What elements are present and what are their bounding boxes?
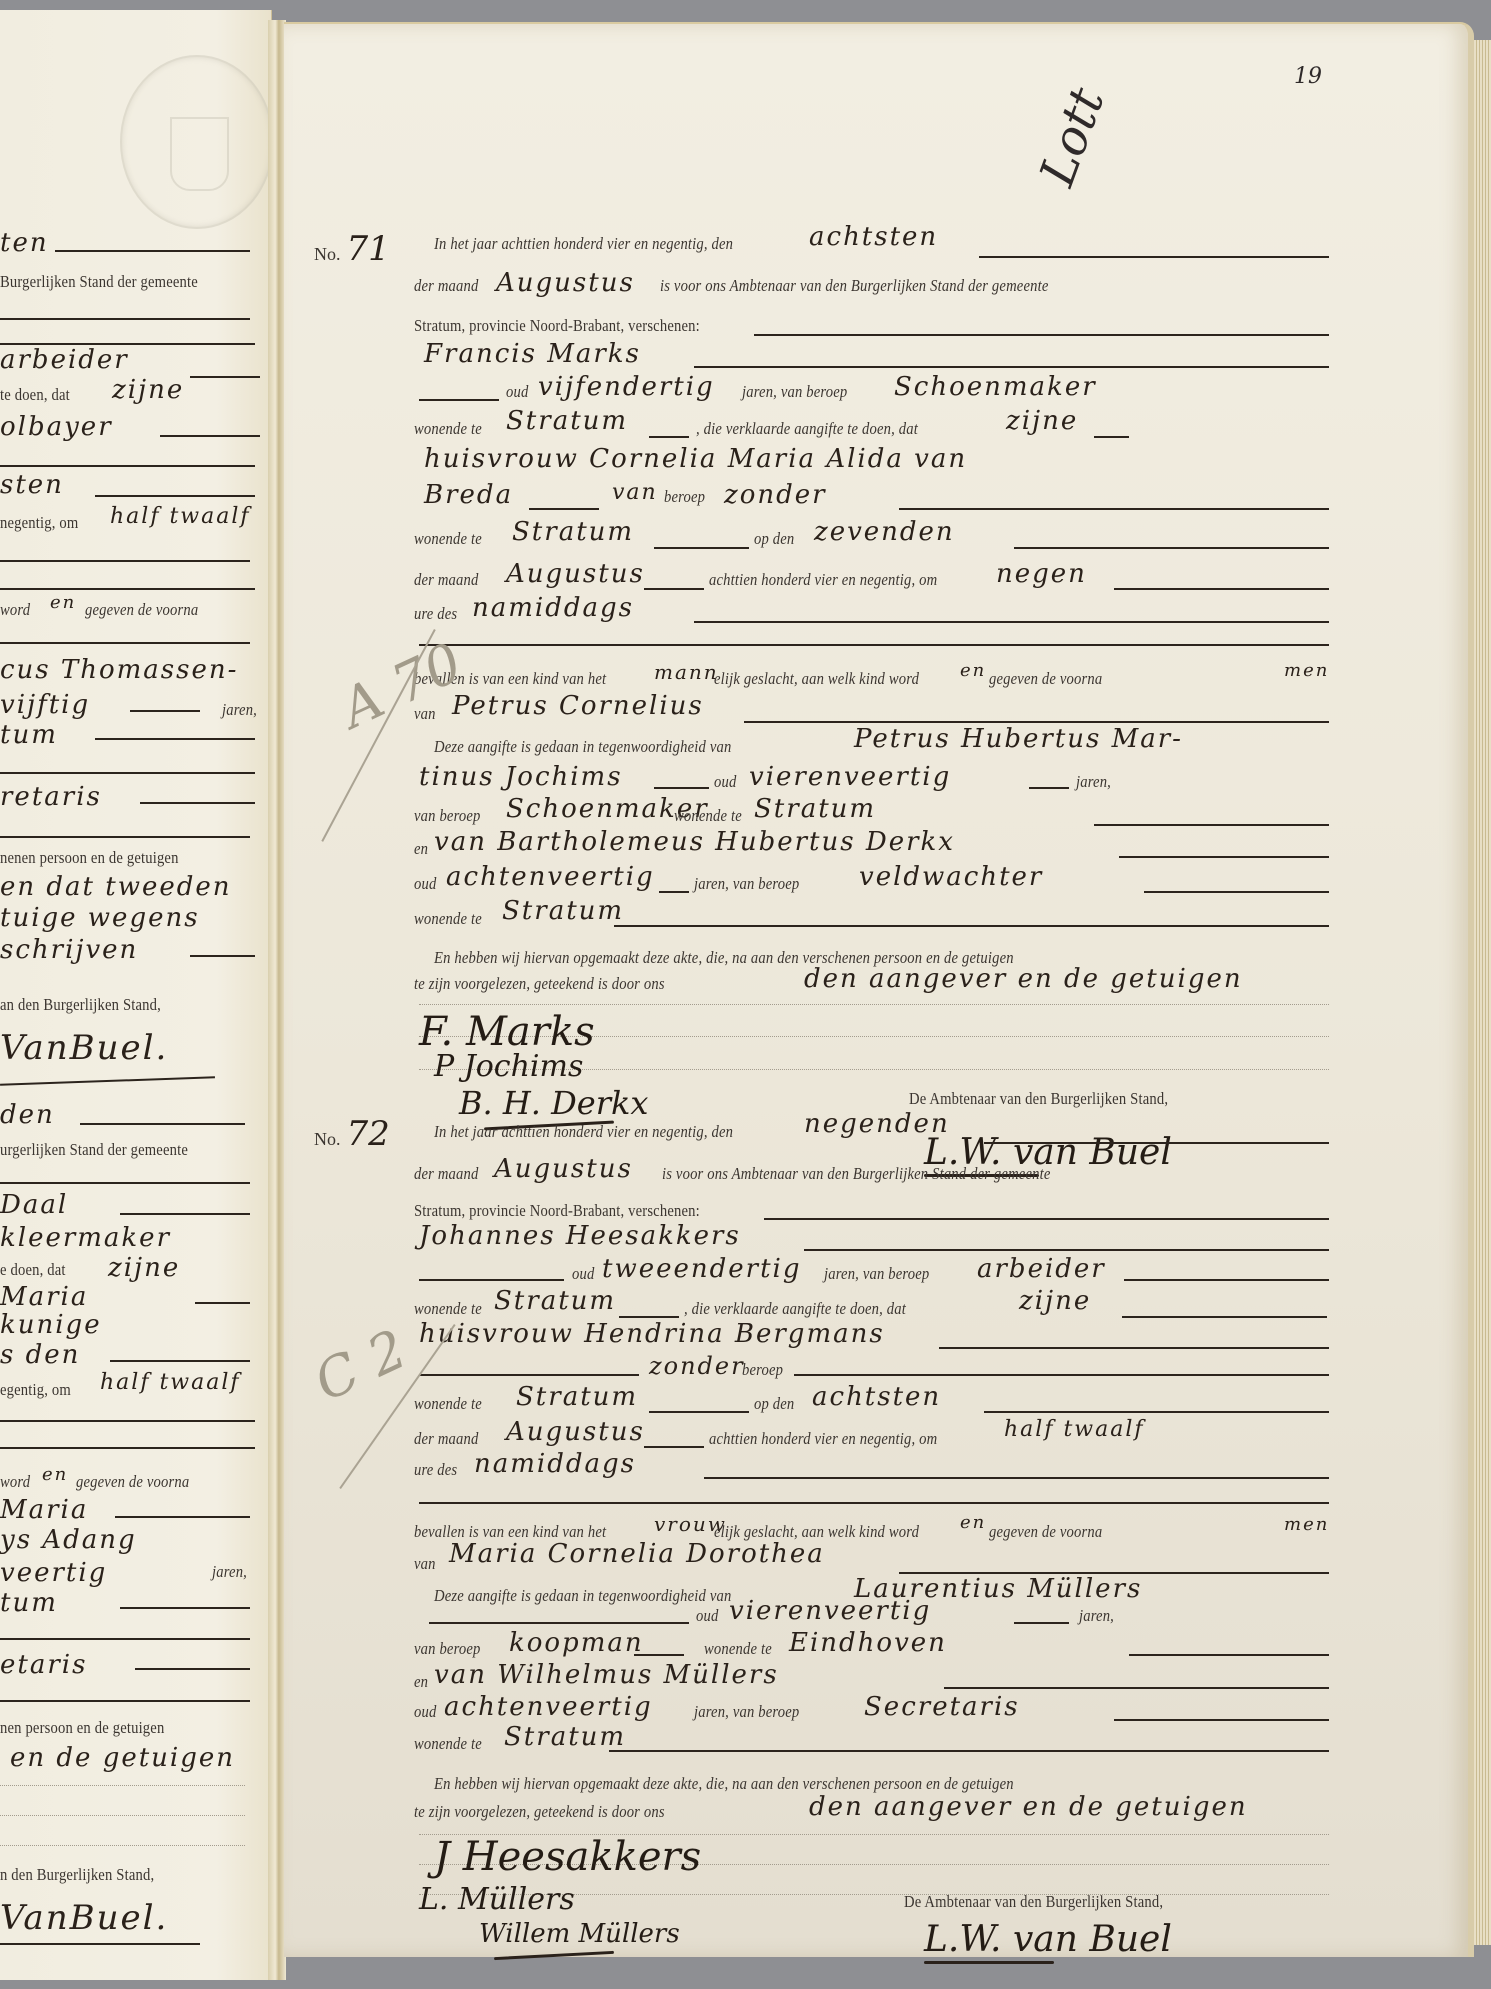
printed-text: In het jaar achttien honderd vier en neg… [434, 1122, 733, 1142]
witness1-residence: Eindhoven [789, 1628, 947, 1658]
printed-text: en [414, 839, 428, 859]
left-fragment: jaren, [212, 1562, 247, 1582]
signature-witness2: Willem Müllers [479, 1919, 680, 1949]
mother-occupation: zonder [724, 480, 827, 510]
page-number: 19 [1294, 64, 1322, 89]
printed-text: van beroep [414, 806, 481, 826]
witness1-name: Petrus Hubertus Mar- [854, 724, 1183, 754]
printed-text: , die verklaarde aangifte te doen, dat [684, 1299, 906, 1319]
left-fragment: Burgerlijken Stand der gemeente [0, 272, 198, 292]
witness2-age: achtenveertig [444, 1692, 653, 1722]
embossed-seal-icon [120, 55, 274, 229]
left-fragment: Maria [0, 1495, 88, 1525]
left-fragment: gegeven de voorna [85, 600, 198, 620]
month: Augustus [494, 1154, 633, 1184]
printed-text: Deze aangifte is gedaan in tegenwoordigh… [434, 737, 731, 757]
relation: zijne [1006, 406, 1078, 436]
printed-text: wonende te [414, 1734, 482, 1754]
left-fragment: zijne [108, 1253, 180, 1283]
signature-witness1: P Jochims [434, 1049, 583, 1084]
printed-text: oud [714, 772, 736, 792]
left-fragment: word [0, 600, 30, 620]
mother-name: huisvrouw Cornelia Maria Alida van [424, 444, 967, 474]
left-fragment: zijne [112, 375, 184, 405]
declarant-residence: Stratum [494, 1286, 616, 1316]
left-fragment: den [0, 1100, 55, 1130]
official-title: De Ambtenaar van den Burgerlijken Stand, [904, 1892, 1163, 1912]
printed-text: van [414, 1554, 436, 1574]
printed-text: jaren, van beroep [694, 874, 799, 894]
child-names: Petrus Cornelius [452, 691, 704, 721]
printed-text: der maand [414, 570, 479, 590]
left-fragment: en dat tweeden [0, 872, 232, 902]
voornamen-suffix: men [1284, 660, 1329, 681]
printed-text: der maand [414, 276, 479, 296]
printed-text: wonende te [704, 1639, 772, 1659]
left-fragment: en [50, 592, 76, 613]
mother-name-cont: Breda [424, 480, 513, 510]
mother-occupation-prefix: van [612, 480, 658, 505]
printed-text: Stratum, provincie Noord-Brabant, versch… [414, 1201, 700, 1221]
witness1-age: vierenveertig [749, 762, 951, 792]
witness2-age: achtenveertig [446, 862, 655, 892]
printed-text: der maand [414, 1164, 479, 1184]
left-page-fragment: ten Burgerlijken Stand der gemeente arbe… [0, 10, 272, 1980]
left-fragment: etaris [0, 1650, 87, 1680]
left-fragment: ys Adang [0, 1525, 137, 1555]
declarant-occupation: arbeider [977, 1254, 1106, 1284]
printed-text: wonende te [414, 419, 482, 439]
printed-text: is voor ons Ambtenaar van den Burgerlijk… [660, 276, 1049, 296]
time-of-day: namiddags [474, 1449, 636, 1479]
word-suffix: en [960, 660, 986, 681]
printed-text: gegeven de voorna [989, 669, 1102, 689]
printed-text: beroep [664, 487, 705, 507]
left-fragment: tum [0, 720, 58, 750]
mother-name: huisvrouw Hendrina Bergmans [419, 1319, 885, 1349]
birth-hour: half twaalf [1004, 1417, 1145, 1442]
declarant-residence: Stratum [506, 406, 628, 436]
printed-text: jaren, van beroep [694, 1702, 799, 1722]
left-fragment: negentig, om [0, 513, 78, 533]
printed-text: In het jaar achttien honderd vier en neg… [434, 234, 733, 254]
printed-text: wonende te [414, 1394, 482, 1414]
mother-residence: Stratum [512, 517, 634, 547]
left-fragment: kunige [0, 1310, 102, 1340]
official-title: De Ambtenaar van den Burgerlijken Stand, [909, 1089, 1168, 1109]
witness2-residence: Stratum [504, 1722, 626, 1752]
day-written: achtsten [809, 222, 938, 252]
left-fragment: Maria [0, 1282, 88, 1312]
birth-day: achtsten [812, 1382, 941, 1412]
signature-official: L.W. van Buel [924, 1919, 1172, 1960]
printed-text: wonende te [674, 806, 742, 826]
signed-by: den aangever en de getuigen [804, 964, 1243, 994]
printed-text: Deze aangifte is gedaan in tegenwoordigh… [434, 1586, 731, 1606]
witness2-residence: Stratum [502, 896, 624, 926]
left-fragment: schrijven [0, 935, 138, 965]
left-fragment: s den [0, 1340, 80, 1370]
printed-text: wonende te [414, 529, 482, 549]
printed-text: te zijn voorgelezen, geteekend is door o… [414, 1802, 665, 1822]
printed-text: oud [696, 1606, 718, 1626]
printed-text: en [414, 1672, 428, 1692]
left-fragment: tum [0, 1588, 58, 1618]
printed-text: jaren, [1079, 1606, 1114, 1626]
printed-text: , die verklaarde aangifte te doen, dat [696, 419, 918, 439]
printed-text: jaren, van beroep [742, 382, 847, 402]
left-fragment: urgerlijken Stand der gemeente [0, 1140, 188, 1160]
corner-annotation: Lott [1029, 81, 1116, 194]
entry-number: No.72 [314, 1114, 390, 1154]
printed-text: wonende te [414, 1299, 482, 1319]
printed-text: op den [754, 1394, 794, 1414]
witness1-age: vierenveertig [729, 1596, 931, 1626]
left-fragment: egentig, om [0, 1380, 71, 1400]
printed-text: oud [506, 382, 528, 402]
printed-text: beroep [742, 1360, 783, 1380]
signature-witness1: L. Müllers [419, 1882, 575, 1917]
birth-hour: negen [996, 559, 1087, 589]
printed-text: En hebben wij hiervan opgemaakt deze akt… [434, 1774, 1014, 1794]
signature-witness2: B. H. Derkx [459, 1084, 648, 1122]
left-fragment: te doen, dat [0, 385, 70, 405]
day-written: negenden [804, 1109, 950, 1139]
relation: zijne [1019, 1286, 1091, 1316]
left-fragment: half twaalf [110, 504, 251, 529]
time-of-day: namiddags [472, 593, 634, 623]
voornamen-suffix: men [1284, 1514, 1329, 1535]
left-fragment: sten [0, 470, 64, 500]
printed-text: oud [414, 1702, 436, 1722]
printed-text: op den [754, 529, 794, 549]
declarant-name: Johannes Heesakkers [419, 1221, 741, 1251]
left-fragment: an den Burgerlijken Stand, [0, 995, 161, 1015]
printed-text: achttien honderd vier en negentig, om [709, 570, 937, 590]
left-fragment: VanBuel. [0, 1028, 168, 1068]
left-fragment: word [0, 1472, 30, 1492]
margin-pencil-note: C 2 [305, 1317, 416, 1413]
left-fragment: jaren, [222, 700, 257, 720]
printed-text: te zijn voorgelezen, geteekend is door o… [414, 974, 665, 994]
child-sex: mann [654, 660, 719, 684]
declarant-occupation: Schoenmaker [894, 372, 1097, 402]
entry-number: No.71 [314, 229, 390, 269]
declarant-name: Francis Marks [424, 339, 641, 369]
left-fragment: e doen, dat [0, 1260, 66, 1280]
left-fragment: kleermaker [0, 1223, 171, 1253]
margin-pencil-note: A 70 [332, 631, 472, 741]
left-fragment: n den Burgerlijken Stand, [0, 1865, 154, 1885]
left-fragment: en de getuigen [10, 1743, 235, 1773]
left-fragment: en [42, 1464, 68, 1485]
printed-text: oud [572, 1264, 594, 1284]
left-fragment: nenen persoon en de getuigen [0, 848, 179, 868]
left-fragment: ten [0, 228, 49, 258]
left-fragment: nen persoon en de getuigen [0, 1718, 164, 1738]
left-fragment: tuige wegens [0, 903, 200, 933]
printed-text: der maand [414, 1429, 479, 1449]
printed-text: ure des [414, 1460, 457, 1480]
declarant-age: vijfendertig [538, 372, 715, 402]
left-fragment: half twaalf [100, 1370, 241, 1395]
birth-month: Augustus [506, 559, 645, 589]
register-page: 19 Lott No.71 In het jaar achttien honde… [284, 22, 1474, 1957]
mother-residence: Stratum [516, 1382, 638, 1412]
printed-text: Stratum, provincie Noord-Brabant, versch… [414, 316, 700, 336]
printed-text: van beroep [414, 1639, 481, 1659]
left-fragment: arbeider [0, 345, 129, 375]
printed-text: wonende te [414, 909, 482, 929]
birth-month: Augustus [506, 1417, 645, 1447]
birth-day: zevenden [814, 517, 955, 547]
printed-text: is voor ons Ambtenaar van den Burgerlijk… [662, 1164, 1051, 1184]
page-edges [1474, 40, 1491, 1945]
printed-text: jaren, [1076, 772, 1111, 792]
witness2-occupation: Secretaris [864, 1692, 1020, 1722]
left-fragment: olbayer [0, 412, 113, 442]
signature-declarant: J Heesakkers [434, 1834, 701, 1880]
witness2-name: van Bartholemeus Hubertus Derkx [434, 827, 955, 857]
child-names: Maria Cornelia Dorothea [449, 1539, 825, 1569]
printed-text: oud [414, 874, 436, 894]
left-fragment: gegeven de voorna [76, 1472, 189, 1492]
witness1-residence: Stratum [754, 794, 876, 824]
printed-text: jaren, van beroep [824, 1264, 929, 1284]
witness2-name: van Wilhelmus Müllers [434, 1660, 779, 1690]
left-fragment: VanBuel. [0, 1898, 168, 1938]
left-fragment: Daal [0, 1190, 68, 1220]
mother-occupation: zonder [649, 1352, 745, 1380]
left-fragment: retaris [0, 782, 102, 812]
signed-by: den aangever en de getuigen [809, 1792, 1248, 1822]
word-suffix: en [960, 1512, 986, 1533]
witness1-occupation: koopman [509, 1628, 644, 1658]
left-fragment: cus Thomassen- [0, 655, 238, 685]
declarant-age: tweeendertig [602, 1254, 801, 1284]
witness1-name-cont: tinus Jochims [419, 762, 623, 792]
printed-text: elijk geslacht, aan welk kind word [714, 669, 919, 689]
month: Augustus [496, 268, 635, 298]
printed-text: gegeven de voorna [989, 1522, 1102, 1542]
witness2-occupation: veldwachter [859, 862, 1043, 892]
printed-text: ure des [414, 604, 457, 624]
printed-text: achttien honderd vier en negentig, om [709, 1429, 937, 1449]
left-fragment: veertig [0, 1558, 107, 1588]
left-fragment: vijftig [0, 690, 90, 720]
